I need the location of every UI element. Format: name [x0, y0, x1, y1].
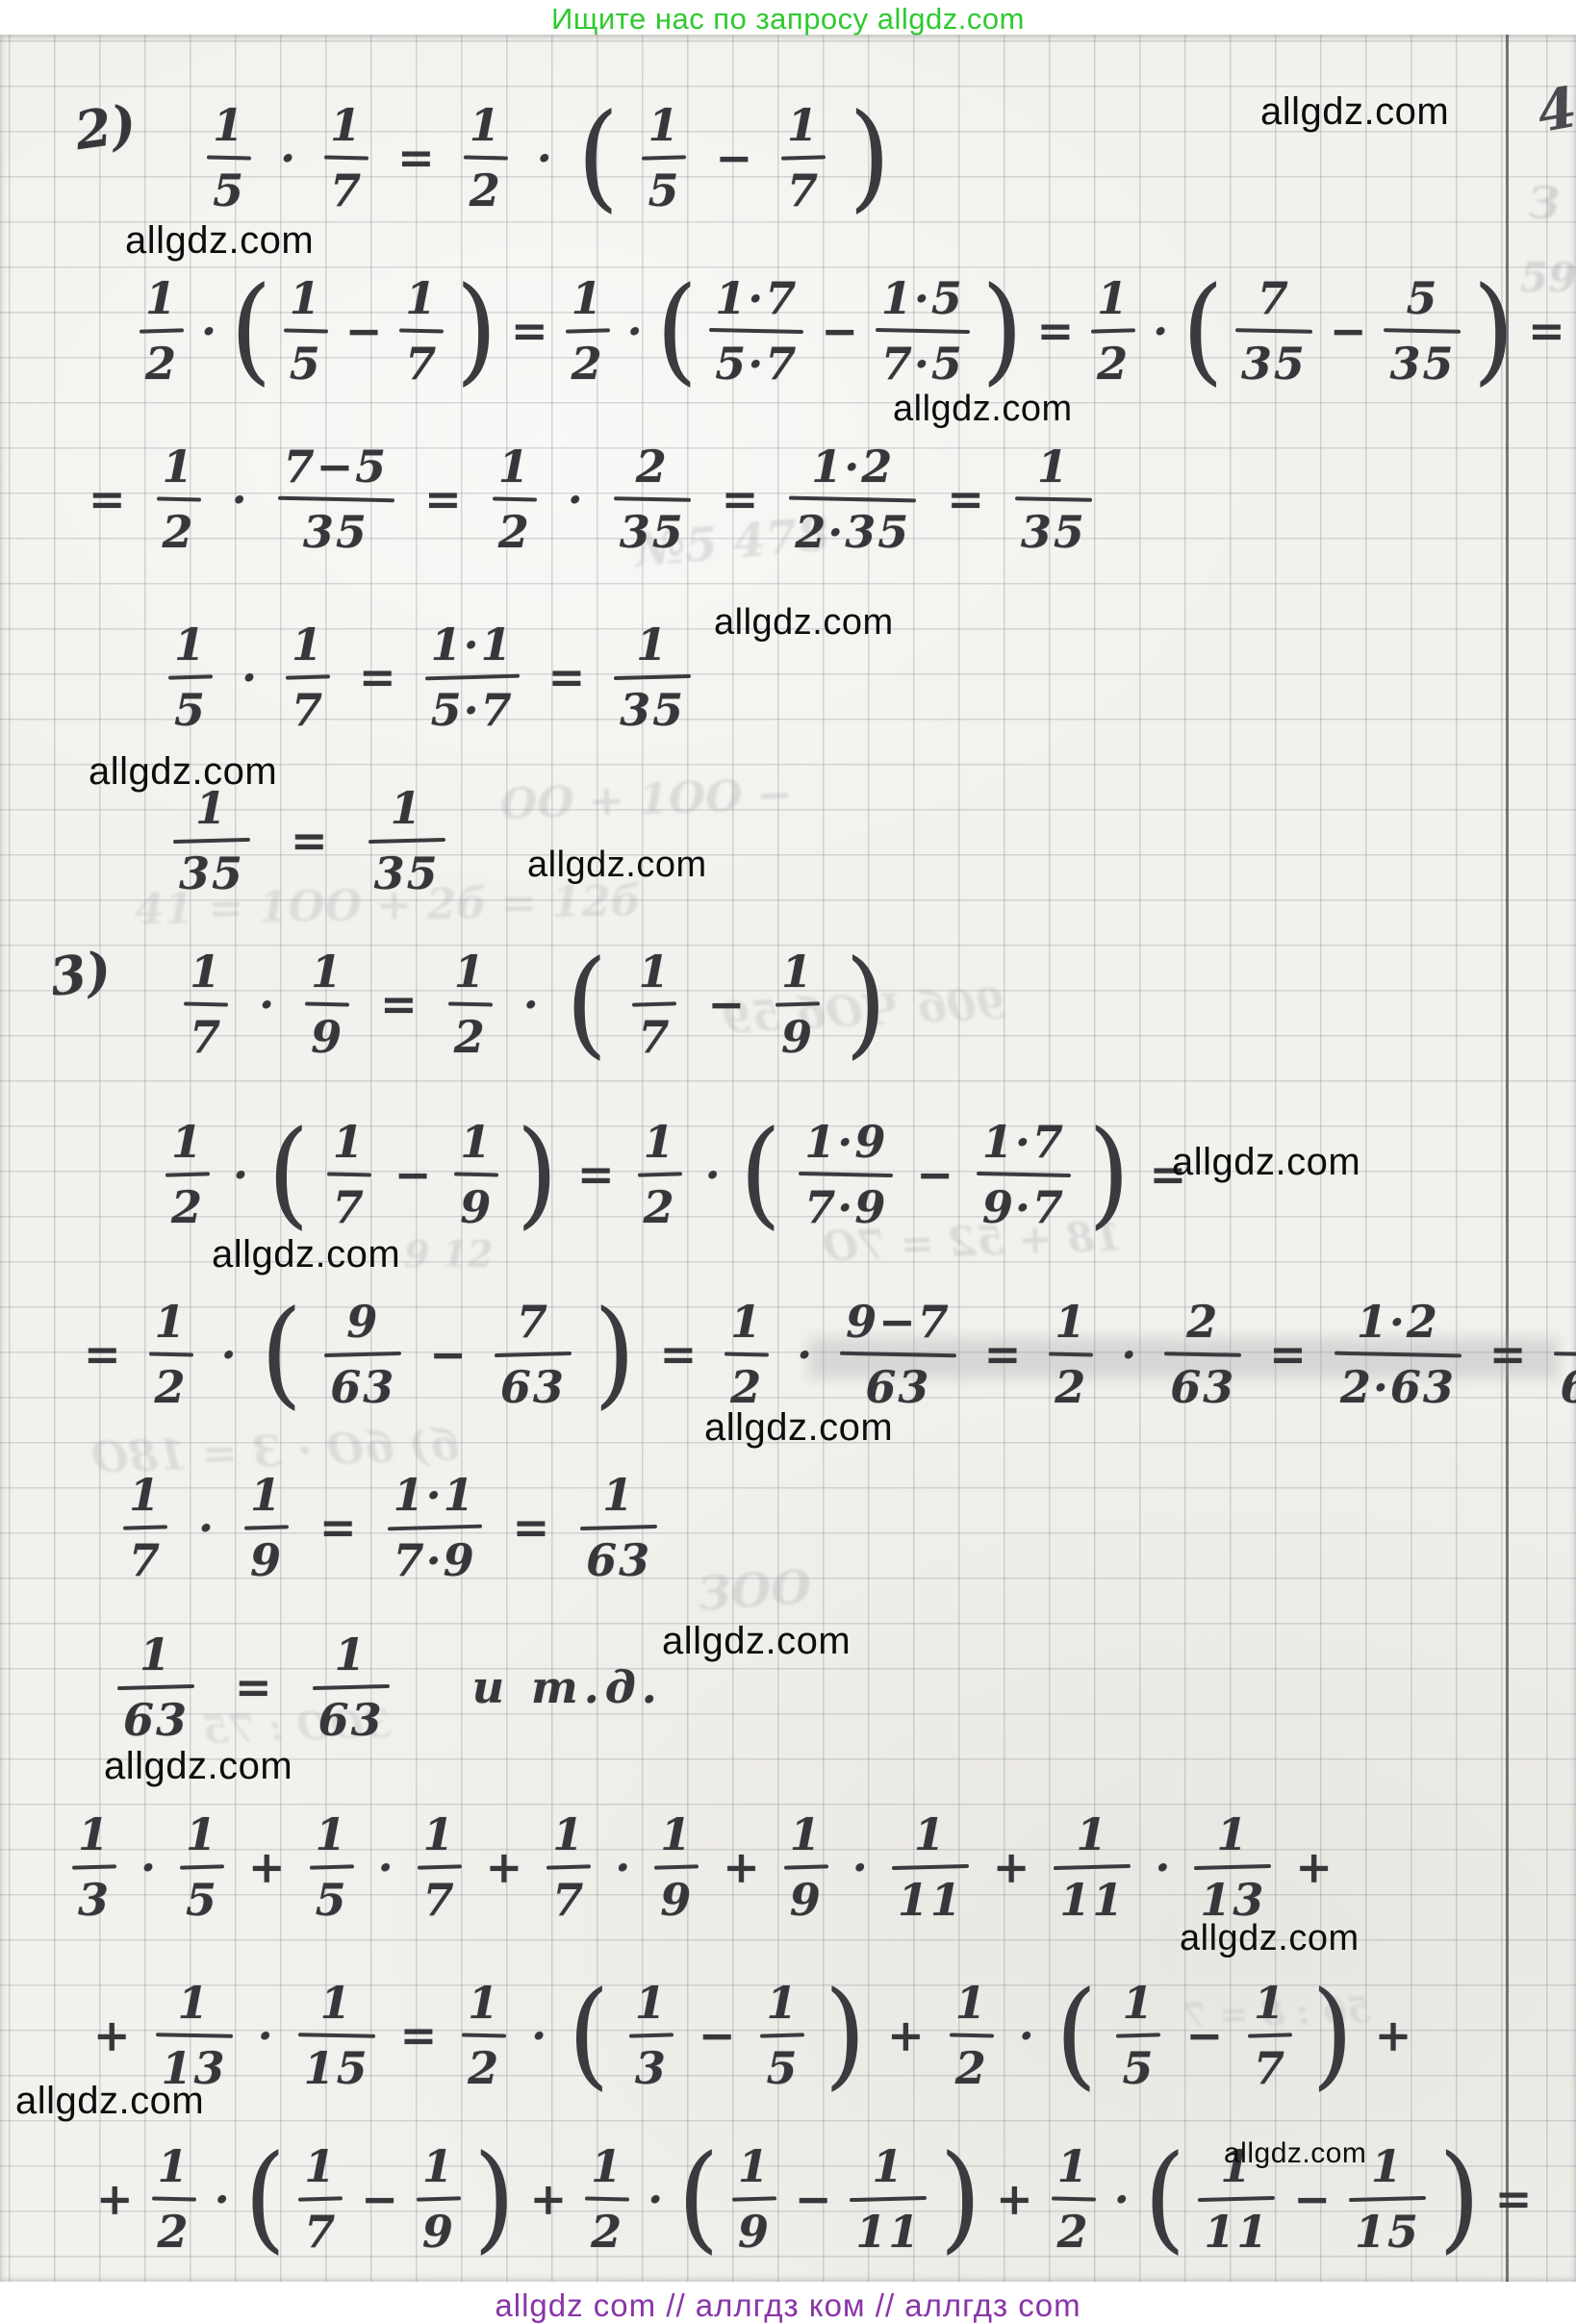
close-parenthesis: ) — [849, 109, 891, 208]
numerator: 1 — [585, 2140, 629, 2197]
fraction: 111 — [850, 2140, 927, 2258]
numerator: 1 — [781, 99, 826, 156]
denominator: 11 — [1198, 2201, 1275, 2258]
fraction: 19 — [654, 1808, 699, 1926]
fraction: 17 — [298, 2140, 343, 2258]
fraction: 12 — [464, 99, 508, 216]
math-line: 13·15+15·17+17·19+19·111+111·113+ — [72, 1808, 1335, 1926]
fraction: 12 — [585, 2140, 629, 2258]
fraction: 263 — [1164, 1296, 1241, 1413]
numerator: 1·9 — [799, 1116, 893, 1173]
fraction: 111 — [892, 1808, 969, 1926]
operator: = — [87, 473, 128, 525]
denominator: 5 — [760, 2037, 804, 2094]
fraction: 17 — [1248, 1977, 1292, 2094]
denominator: 7 — [286, 679, 330, 736]
fraction: 163 — [1554, 1296, 1576, 1413]
numerator: 1 — [732, 2140, 776, 2197]
operator: = — [982, 1328, 1024, 1380]
denominator: 5 — [642, 160, 686, 216]
operator: · — [1017, 2009, 1036, 2061]
close-parenthesis: ) — [473, 2150, 516, 2249]
denominator: 2 — [566, 333, 610, 390]
numerator: 1 — [298, 2140, 343, 2197]
fraction: 1·15·7 — [425, 619, 520, 736]
operator: − — [1183, 2009, 1225, 2061]
numerator: 1 — [464, 99, 508, 156]
fraction: 7−535 — [278, 441, 394, 558]
numerator: 1·2 — [805, 441, 900, 497]
fraction: 13 — [629, 1977, 674, 2094]
numerator: 2 — [1181, 1296, 1225, 1352]
operator: · — [613, 1841, 632, 1893]
fraction: 735 — [1235, 272, 1312, 390]
denominator: 2 — [464, 160, 508, 216]
fraction: 15 — [760, 1977, 804, 2094]
operator: · — [240, 651, 259, 703]
denominator: 7 — [184, 1006, 228, 1063]
denominator: 3 — [72, 1869, 116, 1926]
denominator: 63 — [313, 1689, 390, 1746]
close-parenthesis: ) — [1088, 1125, 1131, 1225]
fraction: 17 — [184, 946, 228, 1063]
denominator: 9 — [784, 1869, 828, 1926]
fraction: 12 — [1052, 2140, 1096, 2258]
operator: · — [256, 2009, 275, 2061]
math-line: 2)15·17=12·(15−17) — [75, 99, 887, 216]
operator: · — [213, 2173, 232, 2225]
fraction: 113 — [1194, 1808, 1271, 1926]
operator: · — [795, 1328, 814, 1380]
watermark-text: allgdz.com — [104, 1745, 292, 1788]
numerator: 1 — [1052, 2140, 1096, 2197]
operator: + — [991, 1841, 1032, 1893]
watermark-text: allgdz.com — [125, 219, 314, 263]
fraction: 1·22·63 — [1335, 1296, 1462, 1413]
watermark-text: allgdz.com — [1260, 90, 1449, 134]
fraction: 13 — [72, 1808, 116, 1926]
numerator: 1 — [566, 272, 610, 329]
denominator: 5·7 — [425, 679, 520, 736]
numerator: 1·7 — [977, 1116, 1071, 1173]
denominator: 2 — [462, 2037, 506, 2094]
numerator: 1·1 — [388, 1469, 482, 1526]
numerator: 1 — [629, 1977, 674, 2033]
operator: + — [484, 1841, 525, 1893]
open-parenthesis: ( — [1182, 282, 1224, 381]
operator: = — [1035, 305, 1077, 357]
fraction: 135 — [369, 782, 445, 899]
numerator: 1 — [123, 1469, 167, 1526]
numerator: 1 — [597, 1469, 641, 1526]
fraction: 19 — [305, 946, 349, 1063]
fraction: 163 — [580, 1469, 657, 1586]
watermark-text: allgdz.com — [1180, 1918, 1360, 1959]
denominator: 35 — [614, 679, 691, 736]
fraction: 12 — [462, 1977, 506, 2094]
operator: − — [1291, 2173, 1333, 2225]
open-parenthesis: ( — [267, 1125, 310, 1225]
numerator: 1 — [305, 946, 349, 1002]
operator: · — [257, 978, 276, 1030]
denominator: 2 — [165, 1176, 210, 1233]
operator: · — [529, 2009, 548, 2061]
operator: = — [318, 1502, 359, 1554]
numerator: 1 — [417, 2140, 461, 2197]
denominator: 11 — [892, 1869, 969, 1926]
math-line: +113·115=12·(13−15)+12·(15−17)+ — [91, 1977, 1413, 2094]
watermark-text: allgdz.com — [15, 2080, 204, 2123]
operator: + — [721, 1841, 762, 1893]
operator: − — [705, 978, 747, 1030]
numerator: 1 — [908, 1808, 953, 1865]
math-line: =12·(963−763)=12·9−763=12·263=1·22·63=16… — [82, 1296, 1576, 1413]
operator: − — [713, 132, 754, 184]
operator: · — [199, 305, 218, 357]
denominator: 63 — [859, 1356, 936, 1413]
operator: − — [393, 1149, 434, 1200]
fraction: 12 — [1091, 272, 1135, 390]
close-parenthesis: ) — [455, 282, 497, 381]
operator: = — [658, 1328, 699, 1380]
fraction: 19 — [417, 2140, 461, 2258]
operator: + — [1293, 1841, 1335, 1893]
numerator: 1 — [399, 272, 444, 329]
open-parenthesis: ( — [230, 282, 272, 381]
watermark-text: allgdz.com — [893, 389, 1073, 430]
watermark-text: allgdz.com — [1224, 2137, 1366, 2170]
numerator: 1 — [207, 99, 251, 156]
denominator: 2 — [448, 1006, 493, 1063]
operator: − — [359, 2173, 400, 2225]
fraction: 17 — [547, 1808, 591, 1926]
numerator: 1 — [157, 441, 201, 497]
page-number: 4 — [1532, 74, 1576, 145]
fraction: 12 — [152, 2140, 196, 2258]
operator: · — [230, 473, 249, 525]
denominator: 2·35 — [789, 501, 916, 558]
fraction: 19 — [775, 946, 820, 1063]
operator: · — [625, 305, 645, 357]
numerator: 1 — [149, 1296, 193, 1352]
fraction: 15 — [180, 1808, 224, 1926]
denominator: 2 — [585, 2201, 629, 2258]
denominator: 35 — [614, 501, 691, 558]
fraction: 1·97·9 — [799, 1116, 893, 1233]
operator: · — [376, 1841, 395, 1893]
denominator: 11 — [850, 2201, 927, 2258]
denominator: 9 — [654, 1869, 699, 1926]
denominator: 2 — [638, 1176, 682, 1233]
close-parenthesis: ) — [516, 1125, 558, 1225]
numerator: 1 — [1031, 441, 1076, 497]
close-parenthesis: ) — [594, 1305, 636, 1404]
item-label: 2) — [71, 92, 140, 162]
operator: · — [219, 1328, 239, 1380]
fraction: 12 — [724, 1296, 769, 1413]
site-footer: allgdz com // аллгдз ком // аллгдз com — [0, 2282, 1576, 2324]
fraction: 17 — [418, 1808, 462, 1926]
open-parenthesis: ( — [656, 282, 699, 381]
operator: + — [246, 1841, 288, 1893]
numerator: 1 — [1070, 1808, 1114, 1865]
operator: = — [1526, 305, 1567, 357]
operator: − — [697, 2009, 738, 2061]
numerator: 1 — [1570, 1296, 1576, 1352]
numerator: 1 — [315, 1977, 359, 2033]
numerator: 1 — [448, 946, 493, 1002]
denominator: 9·7 — [977, 1176, 1071, 1233]
numerator: 1 — [642, 99, 686, 156]
open-parenthesis: ( — [261, 1305, 303, 1404]
open-parenthesis: ( — [1144, 2150, 1186, 2249]
denominator: 2 — [1052, 2201, 1096, 2258]
operator: + — [91, 2009, 133, 2061]
numerator: 1 — [310, 1808, 354, 1865]
numerator: 1 — [1116, 1977, 1160, 2033]
denominator: 2 — [950, 2037, 994, 2094]
fraction: 12 — [149, 1296, 193, 1413]
fraction: 15 — [310, 1808, 354, 1926]
operator: + — [994, 2173, 1035, 2225]
watermark-text: allgdz.com — [212, 1233, 400, 1276]
operator: · — [139, 1841, 158, 1893]
operator: = — [1487, 1328, 1529, 1380]
numerator: 1 — [1365, 2140, 1410, 2197]
fraction: 163 — [117, 1629, 194, 1746]
notebook-photo: 4 №5 478ОО + 1ОО −41 = 1ОО + 2б = 12б90б… — [0, 0, 1576, 2324]
fraction: 17 — [327, 1116, 371, 1233]
open-parenthesis: ( — [566, 955, 608, 1054]
fraction: 17 — [123, 1469, 167, 1586]
denominator: 7 — [632, 1006, 676, 1063]
watermark-text: allgdz.com — [714, 602, 894, 644]
close-parenthesis: ) — [981, 282, 1024, 381]
operator: = — [398, 2009, 440, 2061]
bleed-through-text: 9 12 — [404, 1232, 494, 1276]
numerator: 1 — [1091, 272, 1135, 329]
numerator: 1 — [632, 946, 676, 1002]
open-parenthesis: ( — [244, 2150, 287, 2249]
math-line: 17·19=1·17·9=163 — [123, 1469, 657, 1586]
denominator: 2 — [493, 501, 537, 558]
handwritten-note: и т.д. — [472, 1661, 663, 1713]
denominator: 35 — [1384, 333, 1461, 390]
numerator: 1 — [1049, 1296, 1093, 1352]
numerator: 1 — [654, 1808, 699, 1865]
fraction: 9−763 — [840, 1296, 956, 1413]
fraction: 12 — [165, 1116, 210, 1233]
numerator: 1 — [172, 1977, 216, 2033]
fraction: 163 — [313, 1629, 390, 1746]
numerator: 1 — [1210, 1808, 1255, 1865]
operator: + — [528, 2173, 570, 2225]
fraction: 17 — [632, 946, 676, 1063]
denominator: 63 — [580, 1529, 657, 1586]
denominator: 2 — [1091, 333, 1135, 390]
numerator: 1 — [165, 1116, 210, 1173]
denominator: 63 — [324, 1356, 401, 1413]
numerator: 1·2 — [1351, 1296, 1445, 1352]
numerator: 1 — [638, 1116, 682, 1173]
denominator: 9 — [244, 1529, 289, 1586]
denominator: 2 — [140, 333, 184, 390]
numerator: 1 — [329, 1629, 373, 1685]
fraction: 15 — [1116, 1977, 1160, 2094]
fraction: 15 — [284, 272, 328, 390]
bleed-through-text: З — [1528, 177, 1560, 229]
operator: − — [914, 1149, 955, 1200]
math-line: 12·(15−17)=12·(1·75·7−1·57·5)=12·(735−53… — [140, 272, 1567, 390]
operator: · — [646, 2173, 665, 2225]
denominator: 5 — [207, 160, 251, 216]
numerator: 1 — [385, 782, 429, 839]
denominator: 7 — [298, 2201, 343, 2258]
close-parenthesis: ) — [1438, 2150, 1481, 2249]
denominator: 11 — [1054, 1869, 1131, 1926]
numerator: 1 — [950, 1977, 994, 2033]
numerator: 5 — [1400, 272, 1444, 329]
denominator: 2 — [157, 501, 201, 558]
fraction: 12 — [140, 272, 184, 390]
denominator: 35 — [1015, 501, 1092, 558]
site-promo-header: Ищите нас по запросу allgdz.com — [0, 0, 1576, 37]
numerator: 1 — [493, 441, 537, 497]
denominator: 9 — [417, 2201, 461, 2258]
denominator: 7 — [399, 333, 444, 390]
denominator: 15 — [298, 2037, 375, 2094]
denominator: 7·9 — [799, 1176, 893, 1233]
operator: = — [1267, 1328, 1309, 1380]
fraction: 235 — [614, 441, 691, 558]
fraction: 19 — [454, 1116, 498, 1233]
denominator: 2 — [152, 2201, 196, 2258]
math-line: 3)17·19=12·(17−19) — [50, 946, 883, 1063]
operator: · — [703, 1149, 723, 1200]
denominator: 9 — [775, 1006, 820, 1063]
fraction: 12 — [638, 1116, 682, 1233]
numerator: 1 — [724, 1296, 769, 1352]
denominator: 5 — [1116, 2037, 1160, 2094]
close-parenthesis: ) — [845, 955, 887, 1054]
denominator: 7 — [1248, 2037, 1292, 2094]
denominator: 5 — [284, 333, 328, 390]
numerator: 1 — [140, 272, 184, 329]
fraction: 19 — [732, 2140, 776, 2258]
open-parenthesis: ( — [677, 2150, 720, 2249]
denominator: 63 — [117, 1689, 194, 1746]
fraction: 12 — [448, 946, 493, 1063]
fraction: 17 — [324, 99, 369, 216]
fraction: 12 — [493, 441, 537, 558]
fraction: 115 — [298, 1977, 375, 2094]
open-parenthesis: ( — [568, 1986, 610, 2085]
denominator: 9 — [732, 2201, 776, 2258]
denominator: 63 — [495, 1356, 572, 1413]
denominator: 9 — [305, 1006, 349, 1063]
numerator: 1 — [72, 1808, 116, 1865]
operator: = — [289, 815, 330, 867]
close-parenthesis: ) — [1472, 282, 1514, 381]
fraction: 12 — [157, 441, 201, 558]
denominator: 5 — [180, 1869, 224, 1926]
operator: · — [1153, 1841, 1172, 1893]
operator: · — [535, 132, 554, 184]
denominator: 7 — [324, 160, 369, 216]
numerator: 7−5 — [278, 441, 394, 497]
denominator: 7 — [418, 1869, 462, 1926]
operator: + — [94, 2173, 136, 2225]
denominator: 7 — [123, 1529, 167, 1586]
fraction: 19 — [244, 1469, 289, 1586]
operator: − — [1328, 305, 1369, 357]
fraction: 135 — [173, 782, 250, 899]
open-parenthesis: ( — [740, 1125, 782, 1225]
denominator: 15 — [1349, 2201, 1426, 2258]
numerator: 1 — [547, 1808, 591, 1865]
fraction: 963 — [324, 1296, 401, 1413]
denominator: 2 — [1049, 1356, 1093, 1413]
denominator: 35 — [297, 501, 374, 558]
numerator: 1 — [168, 619, 213, 675]
operator: = — [1493, 2173, 1535, 2225]
denominator: 35 — [173, 843, 250, 899]
numerator: 1 — [184, 946, 228, 1002]
operator: − — [793, 2173, 834, 2225]
fraction: 135 — [1015, 441, 1092, 558]
fraction: 15 — [642, 99, 686, 216]
operator: · — [521, 978, 541, 1030]
operator: = — [395, 132, 437, 184]
fraction: 1·22·35 — [789, 441, 916, 558]
operator: + — [1373, 2009, 1414, 2061]
operator: = — [720, 473, 761, 525]
operator: − — [343, 305, 385, 357]
numerator: 9−7 — [840, 1296, 956, 1352]
bleed-through-text: ОО + 1ОО − — [499, 770, 793, 830]
operator: = — [547, 651, 588, 703]
footer-strip: allgdz com // аллгдз ком // аллгдз com — [0, 2282, 1576, 2324]
numerator: 1 — [324, 99, 369, 156]
fraction: 15 — [168, 619, 213, 736]
denominator: 35 — [369, 843, 445, 899]
denominator: 5·7 — [709, 333, 803, 390]
operator: · — [196, 1502, 216, 1554]
denominator: 2 — [149, 1356, 193, 1413]
operator: + — [885, 2009, 927, 2061]
numerator: 1 — [454, 1116, 498, 1173]
operator: = — [357, 651, 398, 703]
math-line: 135=135 — [173, 782, 445, 899]
denominator: 3 — [629, 2037, 674, 2094]
numerator: 2 — [630, 441, 674, 497]
operator: − — [819, 305, 860, 357]
watermark-text: allgdz.com — [662, 1620, 851, 1663]
denominator: 2·63 — [1335, 1356, 1462, 1413]
operator: = — [945, 473, 986, 525]
denominator: 7 — [327, 1176, 371, 1233]
fraction: 17 — [781, 99, 826, 216]
denominator: 5 — [310, 1869, 354, 1926]
operator: · — [1112, 2173, 1131, 2225]
operator: = — [511, 1502, 552, 1554]
denominator: 5 — [168, 679, 213, 736]
watermark-text: allgdz.com — [89, 750, 277, 794]
fraction: 17 — [399, 272, 444, 390]
operator: = — [82, 1328, 123, 1380]
numerator: 1 — [630, 619, 674, 675]
fraction: 111 — [1054, 1808, 1131, 1926]
